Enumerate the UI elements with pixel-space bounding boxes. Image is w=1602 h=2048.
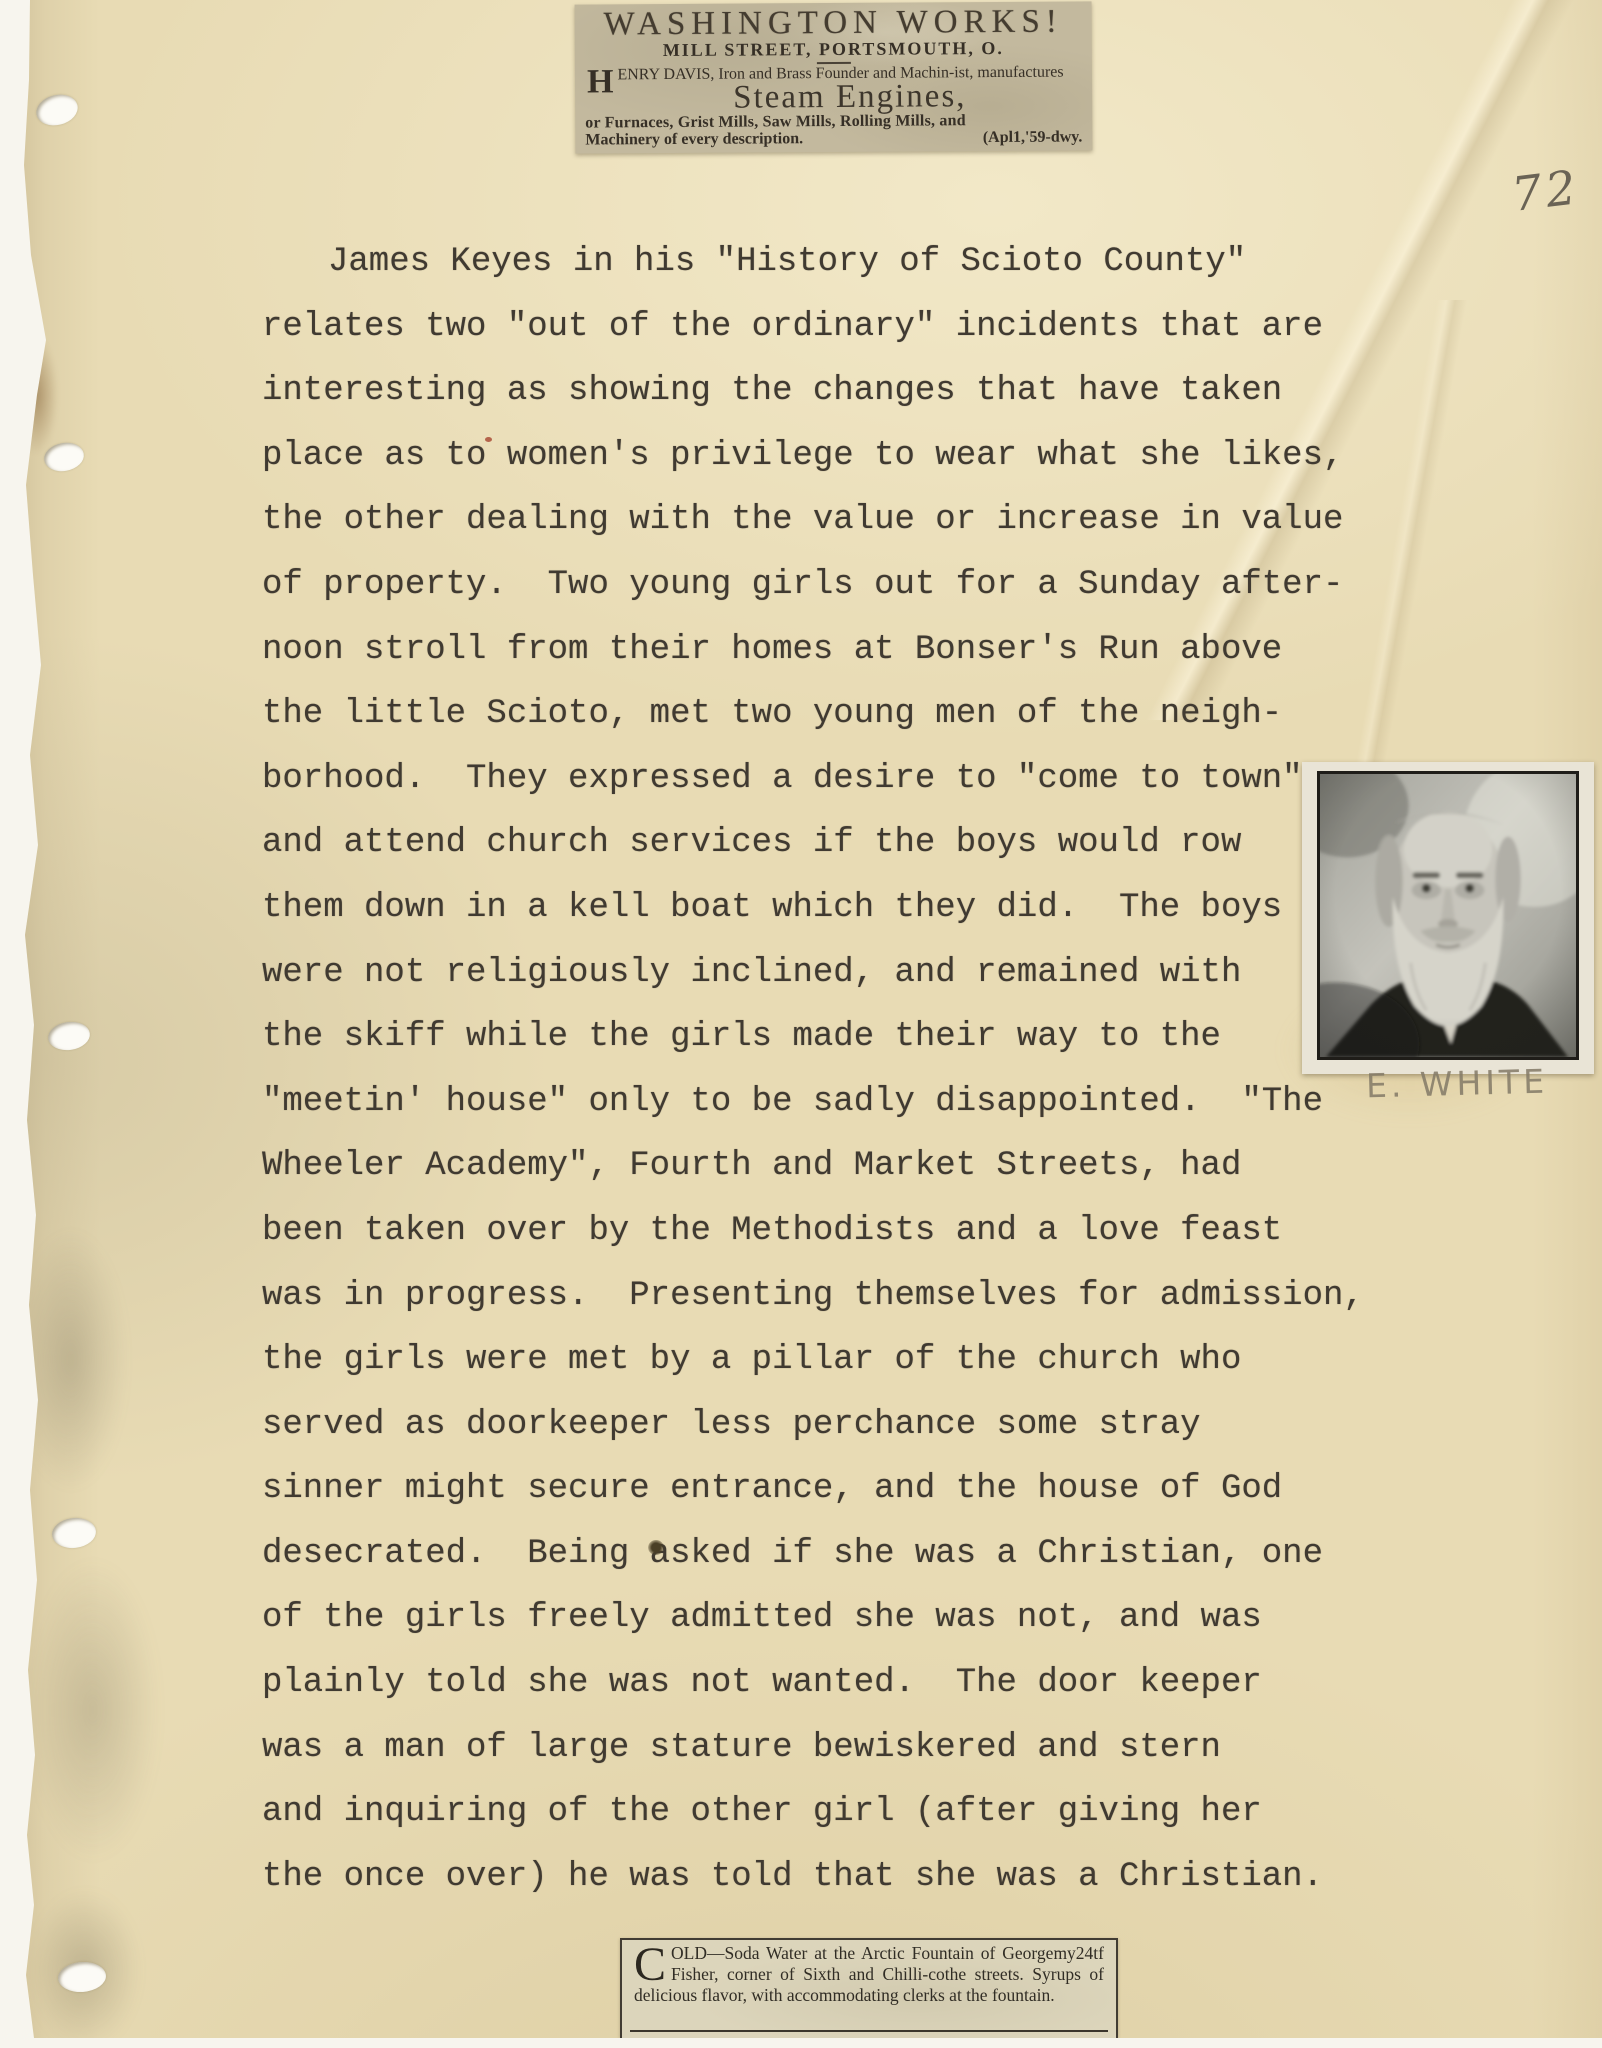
- clipping-title: WASHINGTON WORKS!: [585, 5, 1082, 41]
- bottom-clipping-dropcap: C: [634, 1945, 666, 1985]
- photo-mount: [1302, 762, 1594, 1074]
- typewritten-line: Wheeler Academy", Fourth and Market Stre…: [262, 1134, 1364, 1199]
- typewritten-line: were not religiously inclined, and remai…: [262, 941, 1364, 1006]
- typewritten-line: the little Scioto, met two young men of …: [262, 682, 1364, 747]
- clipping-product-line: Steam Engines,: [585, 80, 1082, 114]
- typewritten-line: was a man of large stature bewiskered an…: [262, 1716, 1364, 1781]
- top-newspaper-clipping: WASHINGTON WORKS! MILL STREET, PORTSMOUT…: [575, 1, 1093, 153]
- ink-blot: [648, 1540, 664, 1555]
- typewritten-line: and inquiring of the other girl (after g…: [262, 1780, 1364, 1845]
- bottom-clipping-rule: [630, 2030, 1108, 2032]
- typewritten-line: James Keyes in his "History of Scioto Co…: [262, 230, 1364, 295]
- clipping-date-tag: (Apl1,'59-dwy.: [983, 128, 1083, 146]
- typewritten-line: place as to women's privilege to wear wh…: [262, 424, 1364, 489]
- typewritten-line: been taken over by the Methodists and a …: [262, 1199, 1364, 1264]
- typewritten-line: plainly told she was not wanted. The doo…: [262, 1651, 1364, 1716]
- typewritten-line: noon stroll from their homes at Bonser's…: [262, 618, 1364, 683]
- typewritten-line: the once over) he was told that she was …: [262, 1845, 1364, 1910]
- typewritten-line: of the girls freely admitted she was not…: [262, 1586, 1364, 1651]
- punch-hole: [42, 440, 86, 475]
- clipping-detail-text: Machinery of every description.: [585, 130, 803, 148]
- page-number-handwritten: 72: [1509, 160, 1583, 223]
- photo-caption-handwritten: E. WHITE: [1366, 1062, 1549, 1106]
- typewritten-line: borhood. They expressed a desire to "com…: [262, 747, 1364, 812]
- typewritten-line: and attend church services if the boys w…: [262, 811, 1364, 876]
- typewritten-line: sinner might secure entrance, and the ho…: [262, 1457, 1364, 1522]
- paper-sheet: WASHINGTON WORKS! MILL STREET, PORTSMOUT…: [0, 0, 1602, 2038]
- red-speck: [485, 437, 492, 442]
- bottom-newspaper-clipping: Cmy24tfOLD—Soda Water at the Arctic Foun…: [620, 1938, 1118, 2038]
- punch-hole: [51, 1516, 98, 1550]
- typewritten-line: of property. Two young girls out for a S…: [262, 553, 1364, 618]
- typewritten-line: "meetin' house" only to be sadly disappo…: [262, 1070, 1364, 1135]
- bottom-clipping-date-tag: my24tf: [1053, 1943, 1104, 1964]
- portrait-of-bearded-man: [1320, 774, 1576, 1057]
- clipping-divider: [816, 62, 850, 64]
- clipping-detail-line2: Machinery of every description. (Apl1,'5…: [585, 128, 1082, 148]
- stain: [28, 1560, 158, 1860]
- typewritten-line: the girls were met by a pillar of the ch…: [262, 1328, 1364, 1393]
- typewritten-line: interesting as showing the changes that …: [262, 359, 1364, 424]
- scrapbook-page-scan: WASHINGTON WORKS! MILL STREET, PORTSMOUT…: [0, 0, 1602, 2048]
- typewritten-line: was in progress. Presenting themselves f…: [262, 1264, 1364, 1329]
- punch-hole: [46, 1019, 91, 1053]
- stain: [16, 1230, 126, 1490]
- typewritten-line: desecrated. Being asked if she was a Chr…: [262, 1522, 1364, 1587]
- bottom-clipping-text: OLD—Soda Water at the Arctic Fountain of…: [634, 1943, 1104, 2005]
- typewritten-line: the skiff while the girls made their way…: [262, 1005, 1364, 1070]
- typewritten-text: James Keyes in his "History of Scioto Co…: [262, 230, 1364, 1909]
- typewritten-line: served as doorkeeper less perchance some…: [262, 1393, 1364, 1458]
- portrait-photo: [1317, 771, 1579, 1060]
- typewritten-line: the other dealing with the value or incr…: [262, 488, 1364, 553]
- punch-hole: [33, 90, 81, 129]
- typewritten-line: relates two "out of the ordinary" incide…: [262, 295, 1364, 360]
- punch-hole: [57, 1960, 107, 1993]
- stain: [14, 335, 58, 455]
- typewritten-line: them down in a kell boat which they did.…: [262, 876, 1364, 941]
- clipping-dropcap: H: [587, 68, 614, 96]
